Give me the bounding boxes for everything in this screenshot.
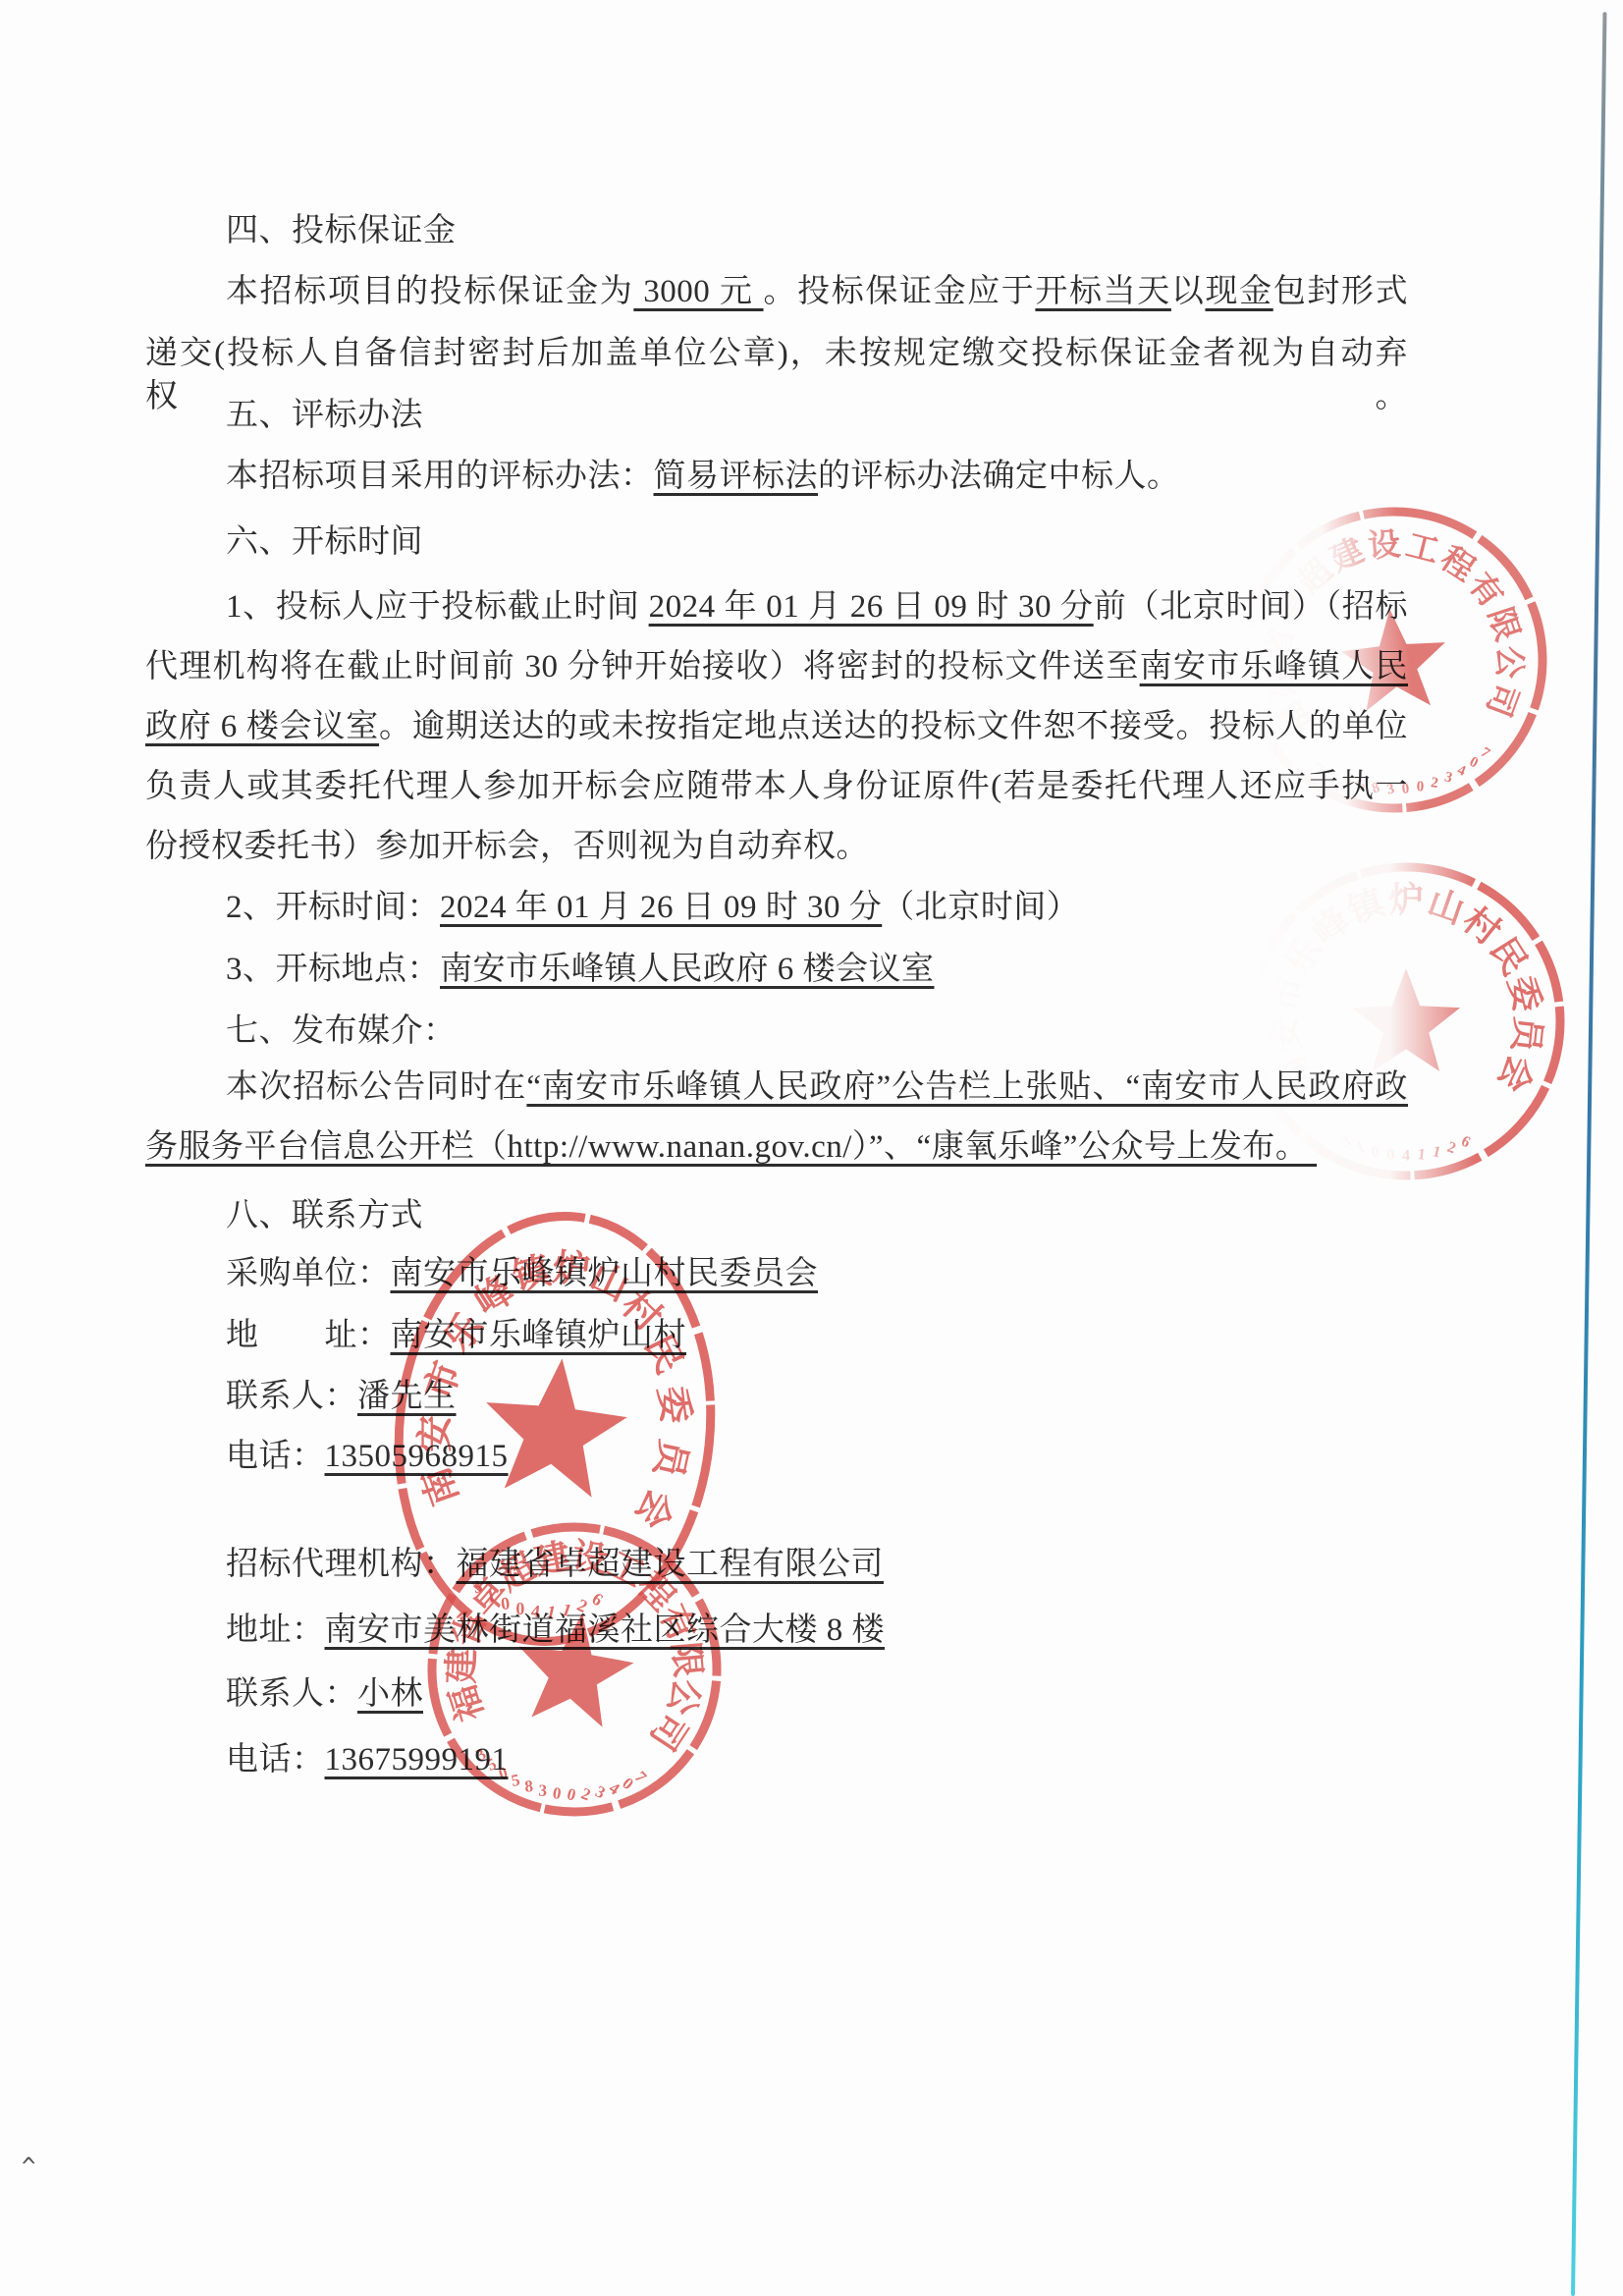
- seal-ring-char: 司: [1479, 679, 1524, 722]
- text-line: 3、开标地点：南安市乐峰镇人民政府 6 楼会议室: [226, 948, 935, 991]
- text-line: 本招标项目的投标保证金为 3000 元 。投标保证金应于开标当天以现金包封形式: [226, 270, 1408, 313]
- text-line: 五、评标办法: [226, 394, 423, 437]
- text-line: 七、发布媒介：: [226, 1010, 457, 1053]
- seal-ring-char: 程: [1434, 540, 1481, 588]
- text-run: 2、开标时间：: [226, 890, 440, 925]
- text-line: 联系人：小林: [226, 1672, 423, 1716]
- text-run: 地址：: [226, 1613, 325, 1648]
- text-line: 电话：13505968915: [226, 1435, 509, 1478]
- scan-corner-mark: ^: [22, 2153, 35, 2180]
- seal-ring-char: 炉: [1387, 880, 1424, 919]
- text-run: 代理机构将在截止时间前 30 分钟开始接收）将密封的投标文件送至: [145, 649, 1140, 684]
- seal-serial-digit: 1: [1354, 1139, 1367, 1158]
- underlined-text: 务服务平台信息公开栏（http://www.nanan.gov.cn/）”、“康…: [145, 1129, 1317, 1165]
- seal-ring-char: 员: [1505, 1014, 1548, 1057]
- seal-ring-char: 会: [1490, 1049, 1542, 1098]
- seal-ring-char: 村: [1455, 900, 1507, 953]
- underlined-text: 3000 元: [633, 274, 763, 309]
- underlined-text: 简易评标法: [654, 459, 819, 494]
- seal-serial-digit: 7: [631, 1768, 651, 1787]
- text-run: 八、联系方式: [226, 1198, 423, 1233]
- seal-serial-digit: 4: [1402, 1147, 1410, 1164]
- text-run: 四、投标保证金: [226, 213, 457, 248]
- seal-ring-char: 安: [1264, 1014, 1307, 1054]
- underlined-text: 福建省卓超建设工程有限公司: [457, 1547, 885, 1582]
- seal-ring-char: 有: [1461, 567, 1509, 615]
- seal-ring-char: 镇: [1342, 881, 1390, 931]
- seal-serial-digit: 3: [592, 1782, 608, 1803]
- seal-serial-digit: 2: [1445, 1139, 1458, 1158]
- text-line: 六、开标时间: [226, 520, 423, 564]
- text-line: 电话：13675999191: [226, 1738, 509, 1781]
- seal-serial-digit: 1: [484, 1585, 497, 1607]
- seal-serial-digit: 4: [606, 1778, 623, 1799]
- seal-serial-digit: 0: [1467, 754, 1481, 772]
- underlined-text: 南安市乐峰镇人民: [1140, 649, 1408, 684]
- text-line: 2、开标时间：2024 年 01 月 26 日 09 时 30 分（北京时间）: [226, 886, 1079, 929]
- seal-serial-digit: 0: [566, 1784, 578, 1805]
- seal-serial-digit: 4: [1455, 762, 1468, 780]
- text-line: 八、联系方式: [226, 1194, 423, 1237]
- text-line: 招标代理机构：福建省卓超建设工程有限公司: [226, 1543, 884, 1586]
- seal-serial-digit: 6: [1458, 1133, 1473, 1152]
- scan-edge-line: [1571, 12, 1606, 2296]
- text-line: 联系人：潘先生: [226, 1375, 457, 1418]
- seal-ring-char: 委: [1501, 972, 1547, 1015]
- underlined-text: 南安市乐峰镇炉山村民委员会: [391, 1256, 819, 1291]
- underlined-text: 政府 6 楼会议室: [145, 709, 379, 744]
- text-line: 四、投标保证金: [226, 209, 457, 252]
- text-run: 七、发布媒介：: [226, 1013, 457, 1049]
- text-line: 本招标项目采用的评标办法：简易评标法的评标办法确定中标人。: [226, 455, 1180, 498]
- underlined-text: 现金: [1206, 274, 1273, 309]
- text-run: （北京时间）: [882, 890, 1079, 925]
- text-line: 政府 6 楼会议室。逾期送达的或未按指定地点送达的投标文件恕不接受。投标人的单位: [145, 705, 1408, 748]
- text-run: 以: [1171, 274, 1206, 309]
- underlined-text: 南安市乐峰镇人民政府 6 楼会议室: [440, 952, 935, 987]
- seal-ring-char: 建: [1325, 532, 1369, 578]
- underlined-text: 潘先生: [357, 1379, 457, 1414]
- text-run: 前（北京时间）（招标: [1094, 589, 1408, 625]
- seal-serial-digit: 6: [589, 1589, 607, 1611]
- text-line: 务服务平台信息公开栏（http://www.nanan.gov.cn/）”、“康…: [145, 1125, 1317, 1169]
- seal-serial-digit: 3: [1442, 769, 1453, 786]
- text-run: 本次招标公告同时在: [226, 1069, 526, 1105]
- text-run: 本招标项目的投标保证金为: [226, 274, 633, 309]
- seal-serial-digit: 8: [524, 1777, 534, 1796]
- seal-ring-char: 乐: [1277, 930, 1330, 982]
- seal-ring-char: 员: [645, 1436, 694, 1484]
- scanned-tender-notice-page: 四、投标保证金本招标项目的投标保证金为 3000 元 。投标保证金应于开标当天以…: [0, 0, 1623, 2296]
- seal-ring-char: 民: [1483, 931, 1535, 982]
- seal-ring-char: 设: [1367, 526, 1402, 566]
- text-run: 六、开标时间: [226, 524, 423, 560]
- seal-ring-char: 市: [1265, 972, 1311, 1015]
- text-line: 本次招标公告同时在“南安市乐峰镇人民政府”公告栏上张贴、“南安市人民政府政: [226, 1066, 1408, 1109]
- seal-ring-char: 峰: [1305, 900, 1357, 953]
- seal-serial-digit: 0: [1416, 779, 1424, 794]
- text-run: 电话：: [226, 1439, 325, 1474]
- seal-ring-char: 建: [442, 1648, 482, 1684]
- text-run: 3、开标地点：: [226, 952, 440, 987]
- seal-serial-digit: 0: [552, 1783, 563, 1803]
- text-run: 份授权委托书）参加开标会，否则视为自动弃权。: [145, 829, 869, 864]
- seal-serial-digit: 1: [1431, 1143, 1442, 1161]
- seal-serial-digit: 0: [619, 1774, 637, 1793]
- text-line: 地址：南安市美林街道福溪社区综合大楼 8 楼: [226, 1609, 885, 1652]
- underlined-text: “南安市乐峰镇人民政府”公告栏上张贴、“南安市人民政府政: [526, 1069, 1408, 1105]
- seal-star-icon: [1352, 968, 1460, 1071]
- underlined-text: 2024 年 01 月 26 日 09 时 30 分: [440, 890, 882, 925]
- text-run: 招标代理机构：: [226, 1547, 457, 1582]
- text-line: 采购单位：南安市乐峰镇炉山村民委员会: [226, 1252, 818, 1295]
- seal-serial-digit: 3: [538, 1781, 547, 1800]
- seal-ring-char: 委: [651, 1384, 696, 1426]
- seal-serial-digit: 3: [1339, 1133, 1354, 1152]
- seal-ring-char: 公: [1490, 645, 1527, 679]
- underlined-text: 13675999191: [325, 1742, 509, 1777]
- text-run: 。投标保证金应于: [764, 274, 1036, 309]
- text-run: 联系人：: [226, 1379, 357, 1414]
- text-run: 。逾期送达的或未按指定地点送达的投标文件恕不接受。投标人的单位: [379, 709, 1408, 744]
- text-run: 地 址：: [226, 1318, 391, 1353]
- text-line: 1、投标人应于投标截止时间 2024 年 01 月 26 日 09 时 30 分…: [226, 585, 1408, 629]
- text-run: 五、评标办法: [226, 398, 423, 433]
- seal-ring-char: 限: [1481, 603, 1525, 645]
- seal-ring-char: 福: [443, 1680, 491, 1725]
- text-run: 的评标办法确定中标人。: [818, 459, 1180, 494]
- text-run: 电话：: [226, 1742, 325, 1777]
- underlined-text: 南安市美林街道福溪社区综合大楼 8 楼: [325, 1613, 886, 1648]
- text-run: 采购单位：: [226, 1256, 391, 1291]
- text-run: 负责人或其委托代理人参加开标会应随带本人身份证原件(若是委托代理人还应手执一: [145, 769, 1408, 804]
- seal-ring-char: 山: [1423, 882, 1469, 931]
- seal-serial-digit: 0: [1370, 1143, 1381, 1161]
- seal-serial-digit: 2: [578, 1784, 593, 1805]
- text-line: 负责人或其委托代理人参加开标会应随带本人身份证原件(若是委托代理人还应手执一: [145, 765, 1408, 808]
- seal-ring-char: 会: [626, 1482, 681, 1535]
- text-run: 1、投标人应于投标截止时间: [226, 589, 649, 625]
- underlined-text: 南安市乐峰镇炉山村: [391, 1318, 687, 1353]
- seal-ring-char: 公: [660, 1675, 707, 1720]
- text-run: 本招标项目采用的评标办法：: [226, 459, 654, 494]
- text-run: 包封形式: [1273, 274, 1408, 309]
- text-line: 代理机构将在截止时间前 30 分钟开始接收）将密封的投标文件送至南安市乐峰镇人民: [145, 645, 1408, 688]
- underlined-text: 2024 年 01 月 26 日 09 时 30 分: [649, 589, 1094, 625]
- seal-serial-digit: 5: [510, 1771, 521, 1790]
- underlined-text: 13505968915: [325, 1439, 509, 1474]
- seal-ring-char: 司: [642, 1706, 694, 1757]
- seal-serial-digit: 7: [1478, 744, 1493, 762]
- text-line: 份授权委托书）参加开标会，否则视为自动弃权。: [145, 825, 869, 868]
- underlined-text: 开标当天: [1035, 274, 1170, 309]
- underlined-text: 小林: [357, 1676, 423, 1712]
- seal-serial-digit: 0: [1385, 1146, 1395, 1164]
- text-line: 地 址：南安市乐峰镇炉山村: [226, 1314, 686, 1357]
- seal-ring-char: 工: [1402, 528, 1442, 571]
- text-run: 联系人：: [226, 1676, 357, 1712]
- seal-serial-digit: 2: [1430, 775, 1439, 792]
- seal-serial-digit: 1: [1417, 1146, 1427, 1164]
